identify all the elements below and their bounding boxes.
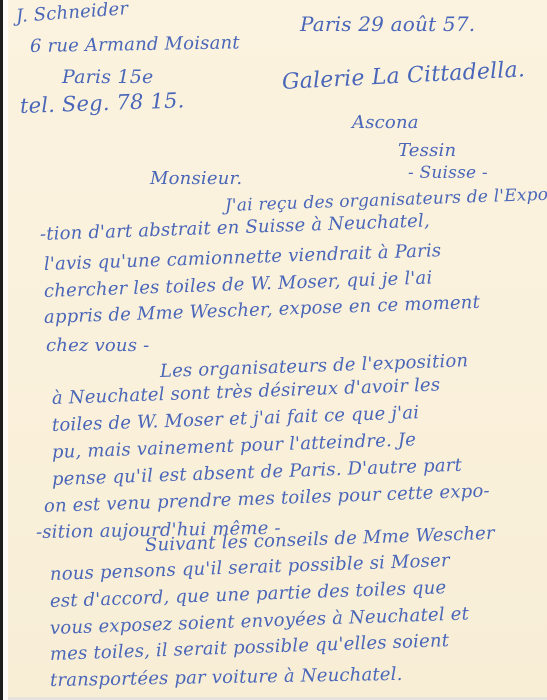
sender-address-line2: Paris 15e: [62, 68, 153, 87]
sender-phone: tel. Seg. 78 15.: [20, 90, 185, 117]
body-line: chez vous -: [46, 337, 149, 355]
dateline: Paris 29 août 57.: [300, 14, 475, 34]
sender-address-line1: 6 rue Armand Moisant: [30, 34, 240, 56]
recipient-region: Tessin: [398, 142, 456, 160]
salutation: Monsieur.: [150, 170, 242, 188]
recipient-country: - Suisse -: [408, 165, 488, 182]
recipient-city: Ascona: [352, 114, 419, 132]
